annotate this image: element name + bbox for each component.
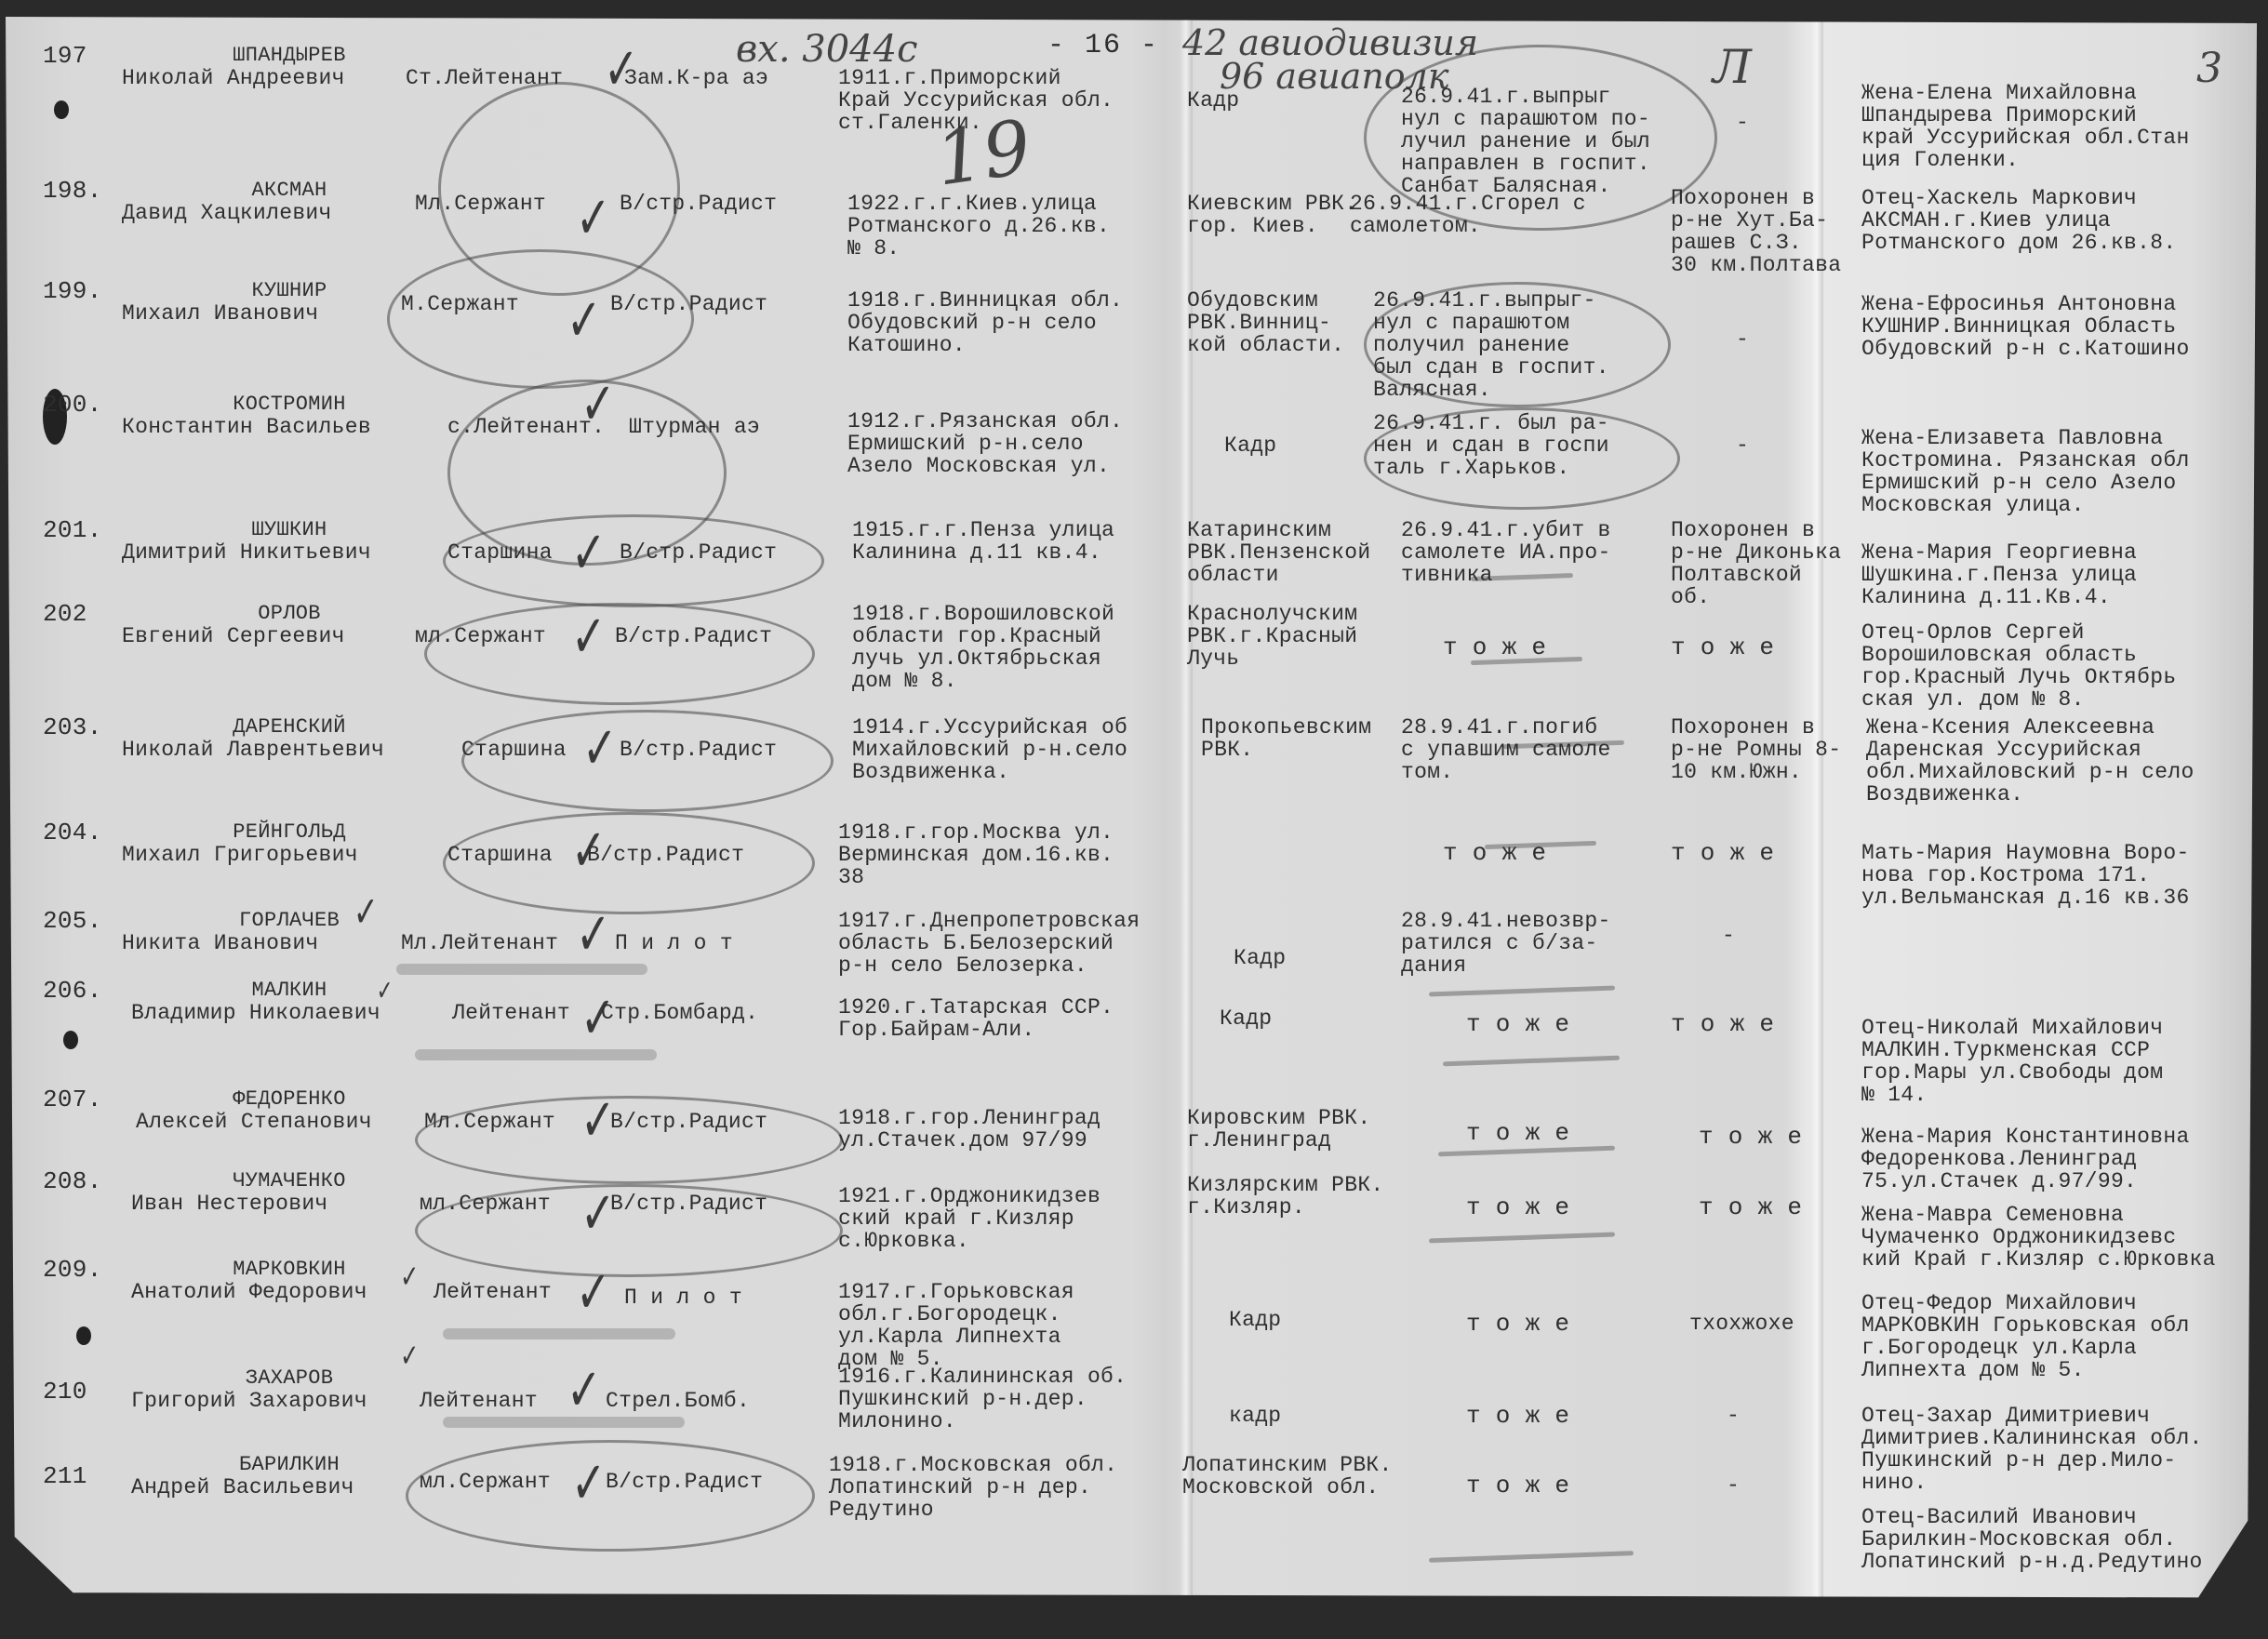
rank: Лейтенант xyxy=(434,1281,552,1303)
checkmark: ✓ xyxy=(567,286,602,355)
burial-place: - xyxy=(1722,925,1880,947)
birth-info: 1911.г.Приморский Край Уссурийская обл. … xyxy=(838,67,1182,134)
circumstances: т о ж е xyxy=(1466,1196,1717,1219)
pencil-smudge xyxy=(443,1328,675,1339)
corner-mark-handwritten: Л xyxy=(1713,40,1752,94)
record-number: 198. xyxy=(43,180,102,202)
birth-info: 1915.г.г.Пенза улица Калинина д.11 кв.4. xyxy=(852,519,1196,564)
circumstances: 26.9.41.г.выпрыг- нул с парашютом получи… xyxy=(1373,289,1624,401)
circumstances: т о ж е xyxy=(1466,1474,1717,1497)
given-name: Михаил Григорьевич xyxy=(122,844,358,866)
birth-info: 1921.г.Орджоникидзев ский край г.Кизляр … xyxy=(838,1185,1182,1252)
family-address: Жена-Елизавета Павловна Костромина. Ряза… xyxy=(1861,427,2252,516)
enlistment-office: Кировским РВК. г.Ленинград xyxy=(1187,1107,1420,1152)
rank: мл.Сержант xyxy=(420,1471,551,1493)
binding-hole xyxy=(54,100,69,119)
birth-info: 1918.г.гор.Москва ул. Верминская дом.16.… xyxy=(838,821,1182,888)
family-address: Отец-Захар Димитриевич Димитриев.Калинин… xyxy=(1861,1405,2252,1494)
surname: ДАРЕНСКИЙ xyxy=(168,716,410,739)
birth-info: 1918.г.Московская обл. Лопатинский р-н д… xyxy=(829,1454,1173,1521)
given-name: Николай Андреевич xyxy=(122,67,345,89)
page-number: - 16 - xyxy=(1047,30,1159,61)
family-address: Жена-Мавра Семеновна Чумаченко Орджоники… xyxy=(1861,1204,2252,1271)
rank: Старшина xyxy=(461,739,567,761)
surname: КОСТРОМИН xyxy=(168,393,410,416)
surname: ЗАХАРОВ xyxy=(168,1367,410,1390)
birth-info: 1918.г.гор.Ленинград ул.Стачек.дом 97/99 xyxy=(838,1107,1182,1152)
surname: МАЛКИН xyxy=(168,979,410,1002)
rank: Лейтенант xyxy=(420,1390,538,1412)
rank: с.Лейтенант. xyxy=(447,416,605,438)
surname: ШУШКИН xyxy=(168,519,410,541)
rank: мл.Сержант xyxy=(415,625,546,647)
rank: Мл.Сержант xyxy=(415,193,546,215)
given-name: Евгений Сергеевич xyxy=(122,625,345,647)
surname: ШПАНДЫРЕВ xyxy=(168,45,410,67)
position: В/стр.Радист xyxy=(587,844,744,866)
given-name: Димитрий Никитьевич xyxy=(122,541,371,564)
pencil-oval xyxy=(406,1440,815,1552)
given-name: Никита Иванович xyxy=(122,932,319,954)
record-number: 205. xyxy=(43,910,102,932)
burial-place: т о ж е xyxy=(1671,636,1829,659)
birth-info: 1916.г.Калининская об. Пушкинский р-н.де… xyxy=(838,1366,1182,1432)
record-number: 209. xyxy=(43,1259,102,1281)
position: Зам.К-ра аэ xyxy=(624,67,768,89)
surname: ГОРЛАЧЕВ xyxy=(168,910,410,932)
family-address: Отец-Орлов Сергей Ворошиловская область … xyxy=(1861,621,2252,711)
rank: мл.Сержант xyxy=(420,1193,551,1215)
rank: Ст.Лейтенант xyxy=(406,67,563,89)
checkmark: ✓ xyxy=(571,603,607,672)
rank: Мл.Сержант xyxy=(424,1111,555,1133)
record-number: 210 xyxy=(43,1380,87,1403)
circumstances: т о ж е xyxy=(1443,636,1694,659)
record-number: 199. xyxy=(43,280,102,302)
circumstances: т о ж е xyxy=(1466,1313,1717,1335)
pencil-smudge xyxy=(443,1417,685,1428)
pencil-smudge xyxy=(415,1049,657,1060)
record-number: 203. xyxy=(43,716,102,739)
birth-info: 1917.г.Горьковская обл.г.Богородецк. ул.… xyxy=(838,1281,1182,1370)
surname: ФЕДОРЕНКО xyxy=(168,1088,410,1111)
given-name: Григорий Захарович xyxy=(131,1390,367,1412)
enlistment-office: Кадр xyxy=(1220,1007,1452,1030)
birth-info: 1920.г.Татарская ССР. Гор.Байрам-Али. xyxy=(838,996,1182,1041)
enlistment-office: Прокопьевским РВК. xyxy=(1201,716,1434,761)
position: П и л о т xyxy=(624,1286,742,1309)
pencil-oval xyxy=(424,603,815,705)
surname: КУШНИР xyxy=(168,280,410,302)
rank: Старшина xyxy=(447,541,553,564)
position: В/стр.Радист xyxy=(610,1111,767,1133)
binding-hole xyxy=(63,1031,78,1049)
checkmark: ✓ xyxy=(576,900,611,969)
circumstances: 26.9.41.г.убит в самолете ИА.про- тивник… xyxy=(1401,519,1652,586)
position: В/стр.Радист xyxy=(615,625,772,647)
birth-info: 1918.г.Ворошиловской области гор.Красный… xyxy=(852,603,1196,692)
pencil-underline xyxy=(1429,1551,1634,1563)
birth-info: 1912.г.Рязанская обл. Ермишский р-н.село… xyxy=(847,410,1192,477)
checkmark: ✓ xyxy=(576,184,611,253)
position: В/стр.Радист xyxy=(610,293,767,315)
pencil-underline xyxy=(1438,1146,1615,1157)
checkmark: ✓ xyxy=(567,1356,602,1425)
record-number: 211 xyxy=(43,1465,87,1487)
position: Штурман аэ xyxy=(629,416,760,438)
burial-place: т о ж е xyxy=(1699,1126,1857,1148)
birth-info: 1917.г.Днепропетровская область Б.Белозе… xyxy=(838,910,1182,977)
enlistment-office: кадр xyxy=(1229,1405,1461,1427)
record-number: 206. xyxy=(43,979,102,1002)
circumstances: 28.9.41.невозвр- ратился с б/за- дания xyxy=(1401,910,1652,977)
birth-info: 1914.г.Уссурийская об Михайловский р-н.с… xyxy=(852,716,1196,783)
family-address: Жена-Ксения Алексеевна Даренская Уссурий… xyxy=(1866,716,2257,806)
family-address: Отец-Николай Михайлович МАЛКИН.Туркменск… xyxy=(1861,1017,2252,1106)
given-name: Константин Васильев xyxy=(122,416,371,438)
surname: АКСМАН xyxy=(168,180,410,202)
birth-info: 1918.г.Винницкая обл. Обудовский р-н сел… xyxy=(847,289,1192,356)
burial-place: т о ж е xyxy=(1671,842,1829,864)
record-number: 207. xyxy=(43,1088,102,1111)
pencil-underline xyxy=(1429,1233,1615,1244)
family-address: Отец-Федор Михайлович МАРКОВКИН Горьковс… xyxy=(1861,1292,2252,1381)
given-name: Андрей Васильевич xyxy=(131,1476,354,1499)
record-number: 200. xyxy=(43,393,102,416)
binding-hole xyxy=(76,1326,91,1345)
given-name: Давид Хацкилевич xyxy=(122,202,332,224)
circumstances: т о ж е xyxy=(1466,1405,1717,1427)
pencil-oval xyxy=(387,249,694,389)
family-address: Отец-Хаскель Маркович АКСМАН.г.Киев улиц… xyxy=(1861,187,2252,254)
surname: МАРКОВКИН xyxy=(168,1259,410,1281)
family-address: Мать-Мария Наумовна Воро- нова гор.Костр… xyxy=(1861,842,2252,909)
position: Стрел.Бомб. xyxy=(606,1390,750,1412)
family-address: Отец-Василий Иванович Барилкин-Московска… xyxy=(1861,1506,2252,1573)
pencil-underline xyxy=(1429,986,1615,997)
enlistment-office: Кадр xyxy=(1229,1309,1461,1331)
circumstances: 26.9.41.г.выпрыг нул с парашютом по- луч… xyxy=(1401,86,1652,197)
burial-place: тхохжохе xyxy=(1689,1313,1848,1335)
rank: М.Сержант xyxy=(401,293,519,315)
burial-place: Похоронен в р-не Ромны 8- 10 км.Южн. xyxy=(1671,716,1829,783)
archival-document-sheet: - 16 - вх. 3044с 42 авиодивизия 96 авиап… xyxy=(6,17,2257,1617)
pencil-underline xyxy=(1443,1056,1620,1067)
surname: БАРИЛКИН xyxy=(168,1454,410,1476)
burial-place: Похоронен в р-не Диконька Полтавской об. xyxy=(1671,519,1829,608)
checkmark: ✓ xyxy=(576,1259,611,1327)
circumstances: 26.9.41.г.Сгорел с самолетом. xyxy=(1350,193,1601,237)
burial-place: т о ж е xyxy=(1699,1196,1857,1219)
rank: Старшина xyxy=(447,844,553,866)
position: В/стр.Радист xyxy=(620,193,777,215)
surname: РЕЙНГОЛЬД xyxy=(168,821,410,844)
checkmark: ✓ xyxy=(582,714,618,783)
record-number: 202 xyxy=(43,603,87,625)
family-address: Жена-Мария Константиновна Федоренкова.Ле… xyxy=(1861,1126,2252,1193)
division-line: 42 авиодивизия xyxy=(1182,26,1478,60)
enlistment-office: Катаринским РВК.Пензенской области xyxy=(1187,519,1420,586)
given-name: Николай Лаврентьевич xyxy=(122,739,384,761)
position: В/стр.Радист xyxy=(610,1193,767,1215)
position: В/стр.Радист xyxy=(606,1471,763,1493)
given-name: Владимир Николаевич xyxy=(131,1002,380,1024)
position: Стр.Бомбард. xyxy=(601,1002,758,1024)
checkmark: ✓ xyxy=(571,1449,607,1518)
given-name: Анатолий Федорович xyxy=(131,1281,367,1303)
position: П и л о т xyxy=(615,932,733,954)
surname: ЧУМАЧЕНКО xyxy=(168,1170,410,1193)
family-address: Жена-Елена Михайловна Шпандырева Приморс… xyxy=(1861,82,2252,171)
enlistment-office: Кизлярским РВК. г.Кизляр. xyxy=(1187,1174,1420,1219)
rank: Мл.Лейтенант xyxy=(401,932,558,954)
position: В/стр.Радист xyxy=(620,739,777,761)
inbox-number-handwritten: вх. 3044с xyxy=(736,28,917,71)
enlistment-office: Краснолучским РВК.г.Красный Лучь xyxy=(1187,603,1420,670)
given-name: Иван Нестерович xyxy=(131,1193,328,1215)
burial-place: - xyxy=(1727,1474,1885,1497)
record-number: 201. xyxy=(43,519,102,541)
burial-place: Похоронен в р-не Хут.Ба- рашев С.З. 30 к… xyxy=(1671,187,1829,276)
burial-place: т о ж е xyxy=(1671,1013,1829,1035)
circumstances: т о ж е xyxy=(1466,1122,1717,1144)
circumstances: 28.9.41.г.погиб с упавшим самоле том. xyxy=(1401,716,1652,783)
record-number: 208. xyxy=(43,1170,102,1193)
enlistment-office: Кадр xyxy=(1187,89,1420,112)
family-address: Жена-Мария Георгиевна Шушкина.г.Пенза ул… xyxy=(1861,541,2252,608)
enlistment-office: Лопатинским РВК. Московской обл. xyxy=(1182,1454,1415,1499)
circumstances: т о ж е xyxy=(1443,842,1694,864)
family-address: Жена-Ефросинья Антоновна КУШНИР.Винницка… xyxy=(1861,293,2252,360)
given-name: Алексей Степанович xyxy=(136,1111,372,1133)
position: В/стр.Радист xyxy=(620,541,777,564)
given-name: Михаил Иванович xyxy=(122,302,319,325)
circumstances: 26.9.41.г. был ра- нен и сдан в госпи та… xyxy=(1373,412,1624,479)
rank: Лейтенант xyxy=(452,1002,570,1024)
record-number: 204. xyxy=(43,821,102,844)
checkmark: ✓ xyxy=(571,519,607,588)
surname: ОРЛОВ xyxy=(168,603,410,625)
birth-info: 1922.г.г.Киев.улица Ротманского д.26.кв.… xyxy=(847,193,1192,260)
record-number: 197 xyxy=(43,45,87,67)
